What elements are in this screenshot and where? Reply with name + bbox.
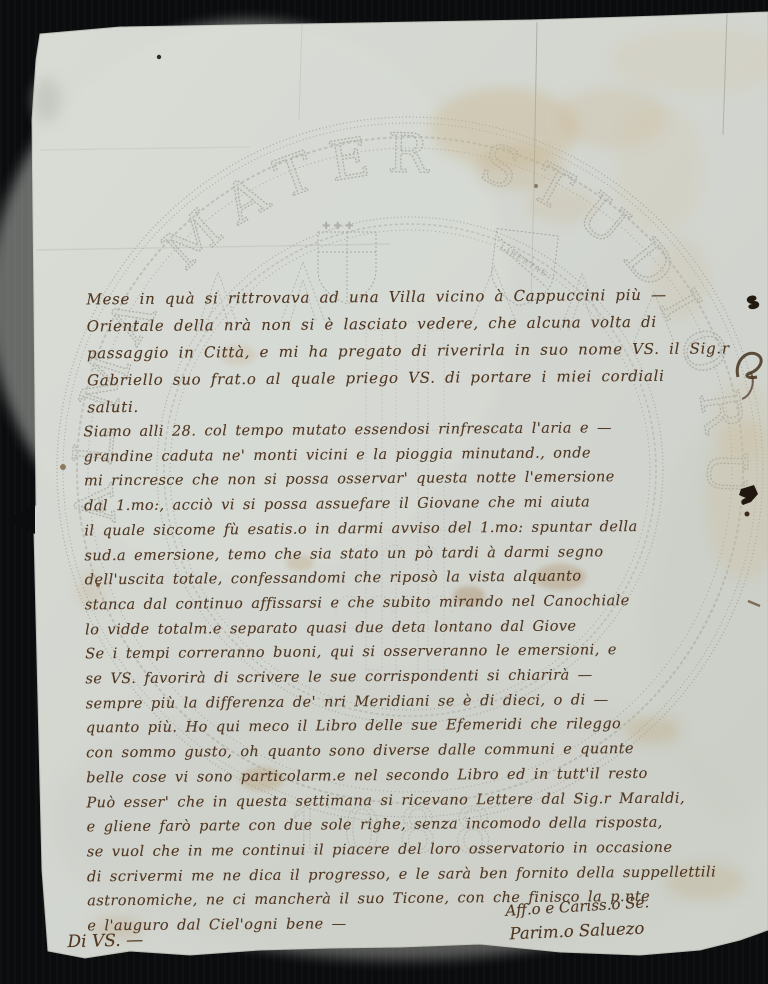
handwritten-line: e l'auguro dal Ciel'ogni bene — [87,909,759,939]
letter-paragraph-1: Mese in quà si rittrovava ad una Villa v… [86,281,747,421]
letter-postscript: Di VS. — [67,930,143,952]
handwriting-layer: Mese in quà si rittrovava ad una Villa v… [0,0,768,984]
letter-paragraph-2: Siamo alli 28. col tempo mutato essendos… [83,415,759,939]
manuscript-scan: ALMA MATER STUDIORUM ✚ ✚ ✚ LIBERTAS [0,0,768,984]
handwritten-line: Gabriello suo frat.o al quale priego VS.… [87,362,747,394]
